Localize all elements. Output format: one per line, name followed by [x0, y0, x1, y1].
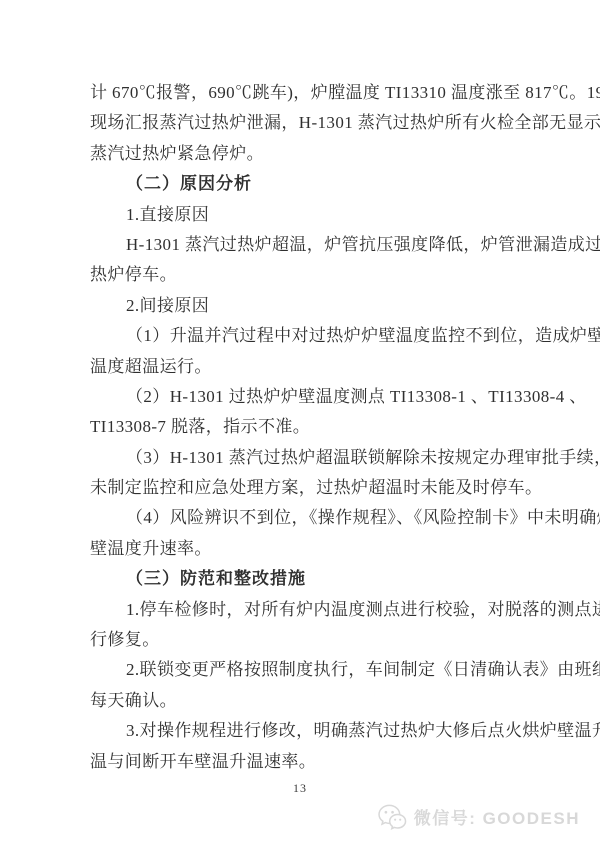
- text-line: （3）H-1301 蒸汽过热炉超温联锁解除未按规定办理审批手续，: [90, 443, 518, 473]
- watermark-text: 微信号: GOODESH: [414, 804, 580, 829]
- text-line: （2）H-1301 过热炉炉壁温度测点 TI13308-1 、TI13308-4…: [90, 382, 518, 412]
- text-line: TI13308-7 脱落，指示不准。: [90, 412, 518, 442]
- text-line: 2.间接原因: [90, 291, 518, 321]
- text-line: 未制定监控和应急处理方案，过热炉超温时未能及时停车。: [90, 473, 518, 503]
- document-body: 计 670℃报警，690℃跳车)，炉膛温度 TI13310 温度涨至 817℃。…: [90, 78, 518, 777]
- text-line: 温与间断开车壁温升温速率。: [90, 747, 518, 777]
- wechat-icon: [377, 803, 409, 830]
- text-line: 计 670℃报警，690℃跳车)，炉膛温度 TI13310 温度涨至 817℃。…: [90, 78, 518, 108]
- text-line: H-1301 蒸汽过热炉超温，炉管抗压强度降低，炉管泄漏造成过: [90, 230, 518, 260]
- text-line: （1）升温并汽过程中对过热炉炉壁温度监控不到位，造成炉壁: [90, 321, 518, 351]
- text-line: 每天确认。: [90, 686, 518, 716]
- text-line: （4）风险辨识不到位，《操作规程》、《风险控制卡》中未明确炉: [90, 503, 518, 533]
- text-line: 温度超温运行。: [90, 352, 518, 382]
- section-heading: （三）防范和整改措施: [90, 564, 518, 594]
- text-line: 1.直接原因: [90, 200, 518, 230]
- section-heading: （二）原因分析: [90, 169, 518, 199]
- text-line: 2.联锁变更严格按照制度执行，车间制定《日清确认表》由班组: [90, 655, 518, 685]
- text-line: 3.对操作规程进行修改，明确蒸汽过热炉大修后点火烘炉壁温升: [90, 716, 518, 746]
- text-line: 蒸汽过热炉紧急停炉。: [90, 139, 518, 169]
- text-line: 热炉停车。: [90, 260, 518, 290]
- page-number: 13: [0, 781, 600, 796]
- text-line: 行修复。: [90, 625, 518, 655]
- document-page: 计 670℃报警，690℃跳车)，炉膛温度 TI13310 温度涨至 817℃。…: [0, 0, 600, 848]
- text-line: 现场汇报蒸汽过热炉泄漏，H-1301 蒸汽过热炉所有火检全部无显示，: [90, 108, 518, 138]
- text-line: 1.停车检修时，对所有炉内温度测点进行校验，对脱落的测点进: [90, 595, 518, 625]
- text-line: 壁温度升速率。: [90, 534, 518, 564]
- watermark: 微信号: GOODESH: [377, 803, 580, 830]
